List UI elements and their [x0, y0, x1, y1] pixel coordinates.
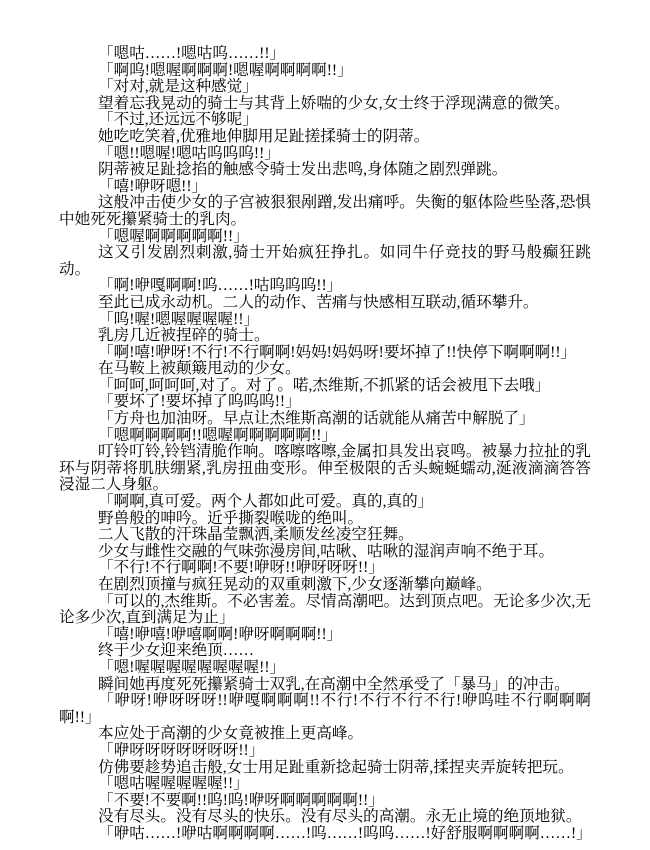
paragraph: 「咿咕……!咿咕啊啊啊啊……!呜……!呜呜……!好舒服啊啊啊啊……!」	[59, 826, 591, 843]
text-body: 「嗯咕……!嗯咕呜……!!」「啊呜!嗯喔啊啊啊!嗯喔啊啊啊啊!!」「对对,就是这…	[0, 0, 650, 843]
paragraph: 「咿呀呀呀呀呀呀呀!!」	[59, 743, 591, 760]
paragraph: 「啊呜!嗯喔啊啊啊!嗯喔啊啊啊啊!!」	[59, 63, 591, 80]
document-page: 「嗯咕……!嗯咕呜……!!」「啊呜!嗯喔啊啊啊!嗯喔啊啊啊啊!!」「对对,就是这…	[0, 0, 650, 850]
paragraph: 没有尽头。没有尽头的快乐。没有尽头的高潮。永无止境的绝顶地狱。	[59, 809, 591, 826]
paragraph: 「啊!嘻!咿呀!不行!不行啊啊!妈妈!妈妈呀!要坏掉了!!快停下啊啊啊!!」	[59, 345, 591, 362]
paragraph: 「方舟也加油呀。早点让杰维斯高潮的话就能从痛苦中解脱了」	[59, 411, 591, 428]
paragraph: 二人飞散的汗珠晶莹飘洒,柔顺发丝凌空狂舞。	[59, 527, 591, 544]
paragraph: 本应处于高潮的少女竟被推上更高峰。	[59, 726, 591, 743]
paragraph: 「不行!不行啊啊!不要!咿呀!!咿呀呀呀!!」	[59, 560, 591, 577]
paragraph: 「嘻!咿嘻!咿嘻啊啊!咿呀啊啊啊!!」	[59, 627, 591, 644]
paragraph: 「对对,就是这种感觉」	[59, 79, 591, 96]
paragraph: 终于少女迎来绝顶……	[59, 643, 591, 660]
paragraph: 这般冲击使少女的子宫被狠狠剐蹭,发出痛呼。失衡的躯体险些坠落,恐惧中她死死攥紧骑…	[59, 195, 591, 228]
paragraph: 这又引发剧烈刺激,骑士开始疯狂挣扎。如同牛仔竞技的野马般癫狂跳动。	[59, 245, 591, 278]
paragraph: 「嘻!咿呀嗯!!」	[59, 179, 591, 196]
paragraph: 少女与雌性交融的气味弥漫房间,咕啾、咕啾的湿润声响不绝于耳。	[59, 544, 591, 561]
paragraph: 「嗯咕……!嗯咕呜……!!」	[59, 46, 591, 63]
paragraph: 叮铃叮铃,铃铛清脆作响。喀嚓喀嚓,金属扣具发出哀鸣。被暴力拉扯的乳环与阴蒂将肌肤…	[59, 444, 591, 494]
paragraph: 在剧烈顶撞与疯狂晃动的双重刺激下,少女逐渐攀向巅峰。	[59, 577, 591, 594]
paragraph: 仿佛要趁势追击般,女士用足趾重新捻起骑士阴蒂,揉捏夹弄旋转把玩。	[59, 760, 591, 777]
paragraph: 「不过,还远远不够呢」	[59, 112, 591, 129]
paragraph: 「要坏了!要坏掉了呜呜呜!!」	[59, 394, 591, 411]
paragraph: 望着忘我晃动的骑士与其背上娇喘的少女,女士终于浮现满意的微笑。	[59, 96, 591, 113]
paragraph: 野兽般的呻吟。近乎撕裂喉咙的绝叫。	[59, 511, 591, 528]
paragraph: 「嗯喔啊啊啊啊啊!!」	[59, 229, 591, 246]
paragraph: 「咿呀!咿呀呀呀!!咿嘎啊啊啊!!不行!不行不行不行!咿呜哇不行啊啊啊啊!!」	[59, 693, 591, 726]
paragraph: 「呜!喔!嗯喔喔喔喔!!」	[59, 312, 591, 329]
paragraph: 「嗯咕喔喔喔喔喔!!」	[59, 776, 591, 793]
paragraph: 「嗯!喔喔喔喔喔喔喔喔!!」	[59, 660, 591, 677]
paragraph: 「啊啊,真可爱。两个人都如此可爱。真的,真的」	[59, 494, 591, 511]
paragraph: 瞬间她再度死死攥紧骑士双乳,在高潮中全然承受了「暴马」的冲击。	[59, 677, 591, 694]
paragraph: 阴蒂被足趾捻掐的触感令骑士发出悲鸣,身体随之剧烈弹跳。	[59, 162, 591, 179]
paragraph: 「可以的,杰维斯。不必害羞。尽情高潮吧。达到顶点吧。无论多少次,无论多少次,直到…	[59, 594, 591, 627]
paragraph: 在马鞍上被颠簸甩动的少女。	[59, 361, 591, 378]
paragraph: 「嗯啊啊啊啊!!嗯喔啊啊啊啊啊!!」	[59, 428, 591, 445]
paragraph: 「啊!咿嘎啊啊!呜……!咕呜呜呜!!」	[59, 278, 591, 295]
paragraph: 她吃吃笑着,优雅地伸脚用足趾搓揉骑士的阴蒂。	[59, 129, 591, 146]
paragraph: 「不要!不要啊!!呜!呜!咿呀啊啊啊啊啊!!」	[59, 793, 591, 810]
paragraph: 乳房几近被捏碎的骑士。	[59, 328, 591, 345]
paragraph: 「呵呵,呵呵呵,对了。对了。喏,杰维斯,不抓紧的话会被甩下去哦」	[59, 378, 591, 395]
paragraph: 至此已成永动机。二人的动作、苦痛与快感相互联动,循环攀升。	[59, 295, 591, 312]
paragraph: 「嗯!!嗯喔!嗯咕呜呜呜!!」	[59, 146, 591, 163]
